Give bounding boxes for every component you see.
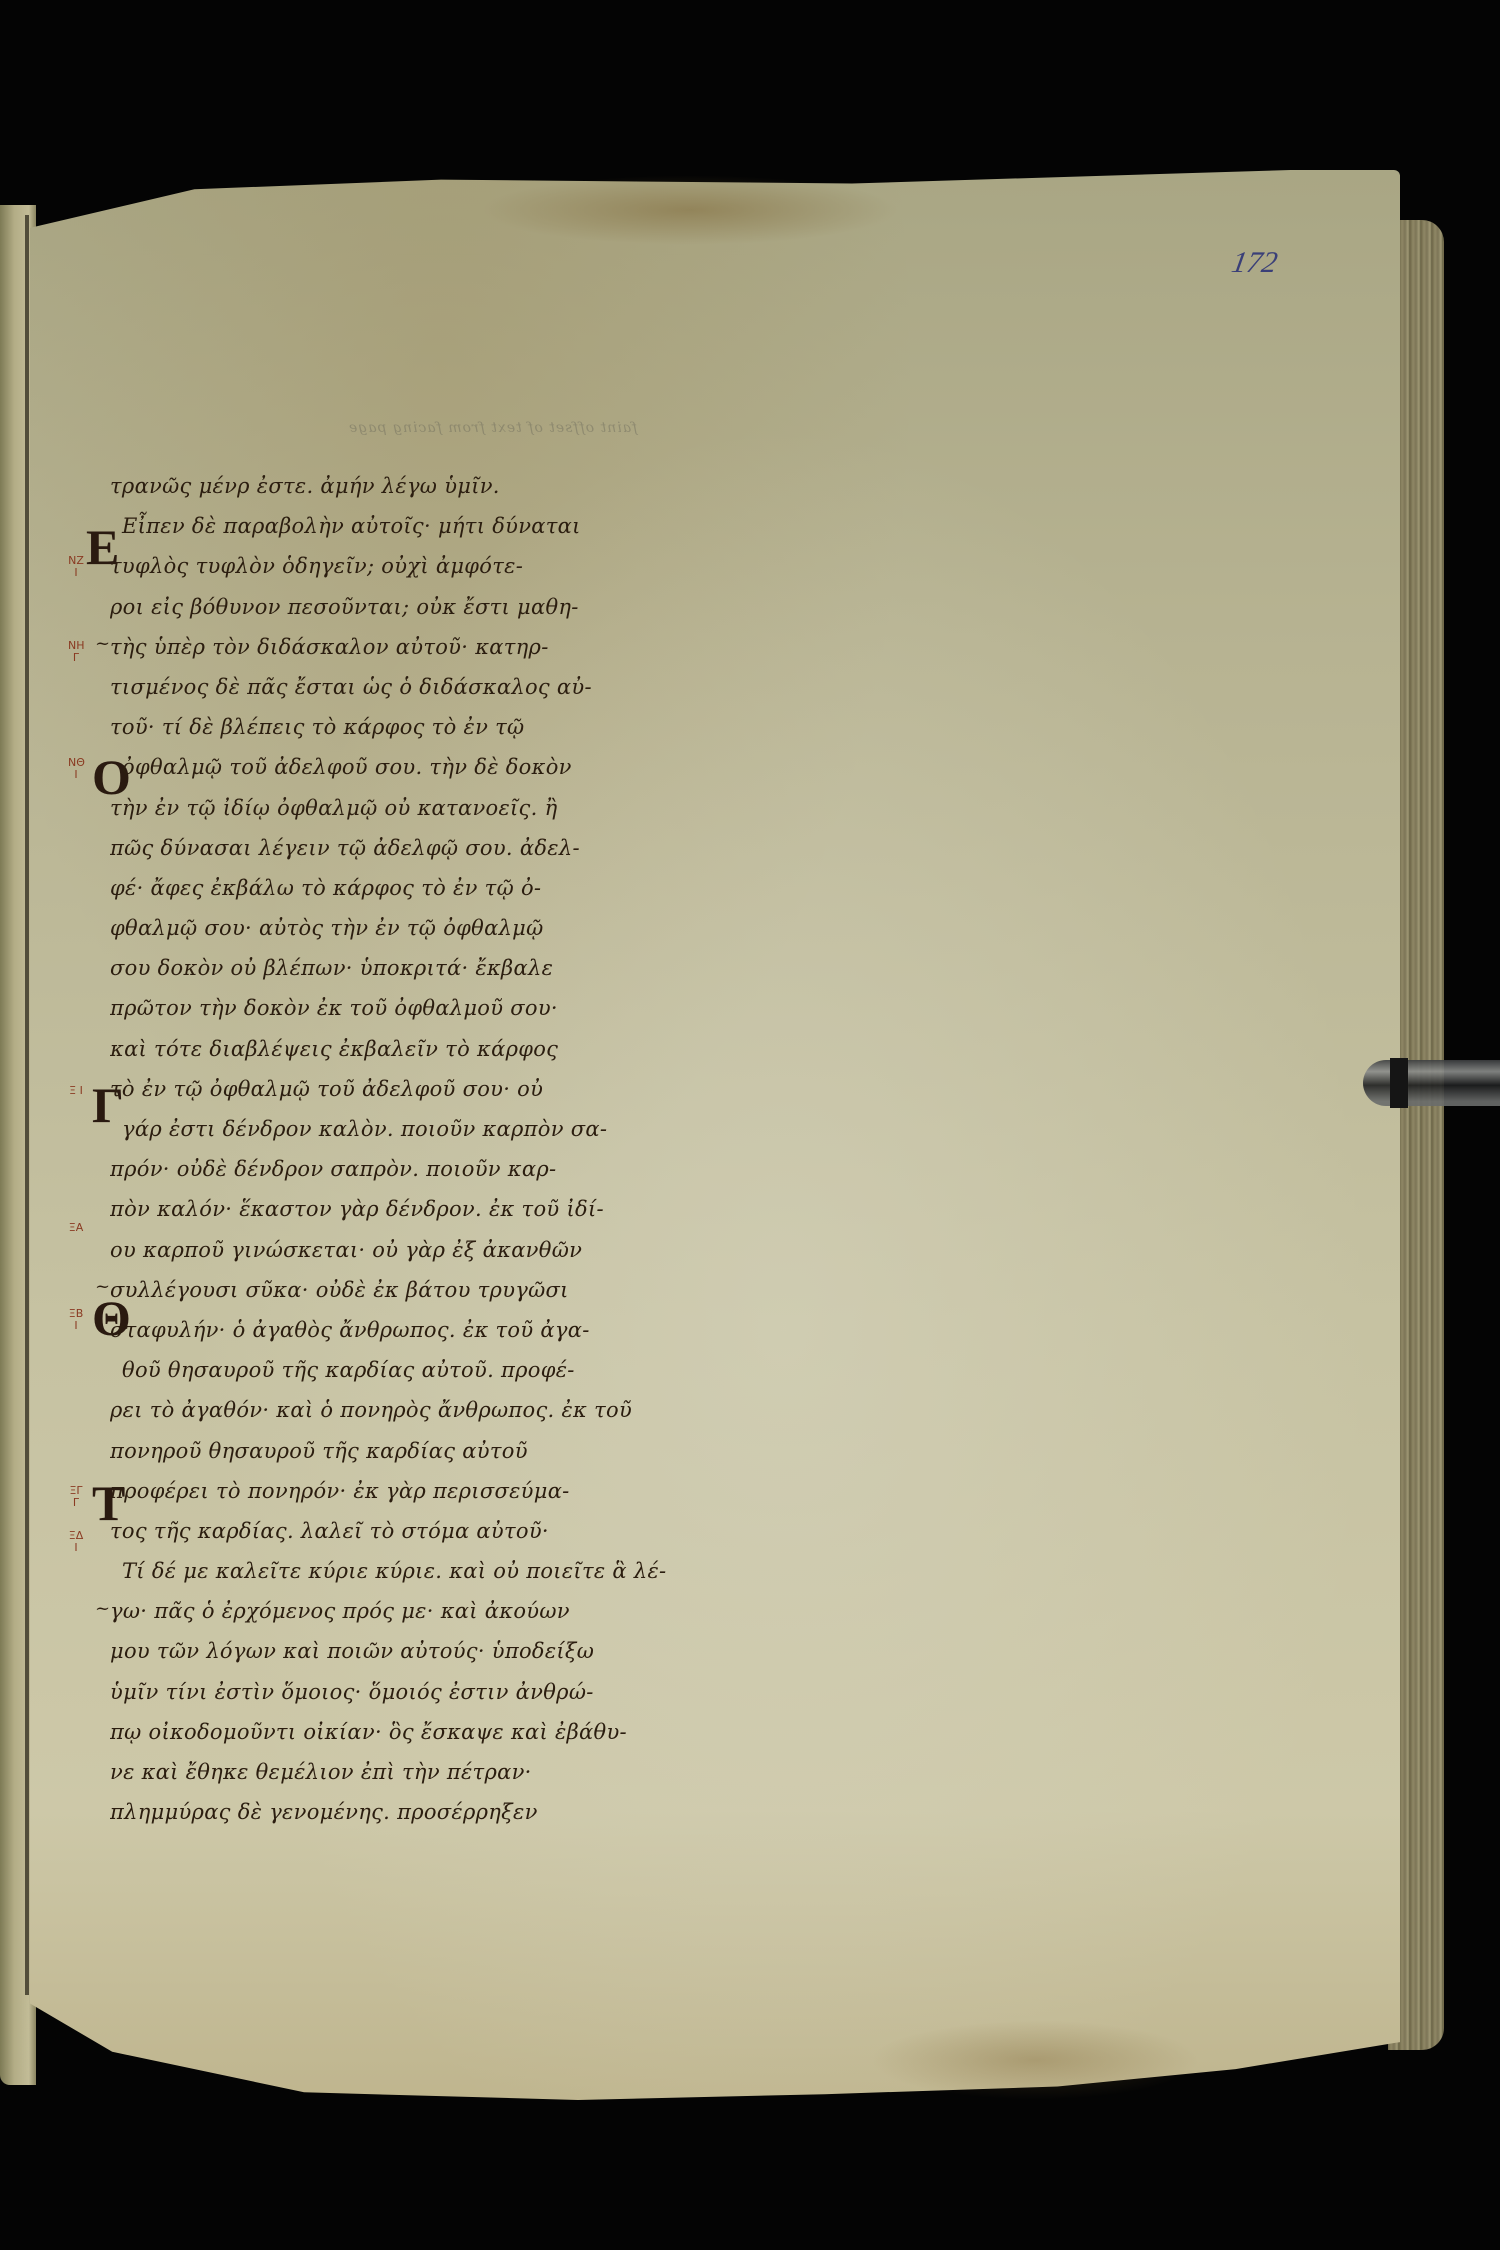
text-line: πῶς δύνασαι λέγειν τῷ ἀδελφῷ σου. ἀδελ-: [110, 828, 700, 868]
text-line: τὸ ἐν τῷ ὀφθαλμῷ τοῦ ἀδελφοῦ σου· οὐ: [110, 1069, 700, 1109]
text-line: σταφυλήν· ὁ ἀγαθὸς ἄνθρωπος. ἐκ τοῦ ἀγα-: [110, 1310, 700, 1350]
page-clip: [1363, 1060, 1500, 1106]
ammonian-section-number: ΞΔ Ι: [68, 1530, 84, 1554]
water-stain-bottom: [870, 2020, 1200, 2100]
text-line: ου καρποῦ γινώσκεται· οὐ γὰρ ἐξ ἀκανθῶν: [110, 1230, 700, 1270]
text-line: τυφλὸς τυφλὸν ὁδηγεῖν; οὐχὶ ἀμφότε-: [110, 546, 700, 586]
ammonian-section-number: ΞΑ: [68, 1222, 84, 1234]
text-line: θοῦ θησαυροῦ τῆς καρδίας αὐτοῦ. προφέ-: [110, 1350, 700, 1390]
text-line: ὀφθαλμῷ τοῦ ἀδελφοῦ σου. τὴν δὲ δοκὸν: [110, 747, 700, 787]
text-line: τρανῶς μένρ ἐστε. ἀμήν λέγω ὑμῖν.: [110, 466, 700, 506]
text-line: γάρ ἐστι δένδρον καλὸν. ποιοῦν καρπὸν σα…: [110, 1109, 700, 1149]
ammonian-section-number: ΝΖ Ι: [68, 555, 84, 579]
text-line: νε καὶ ἔθηκε θεμέλιον ἐπὶ τὴν πέτραν·: [110, 1752, 700, 1792]
ammonian-section-number: ΞΓ Γ: [68, 1485, 84, 1509]
lection-mark: ~: [95, 1276, 110, 1297]
text-line: ροι εἰς βόθυνον πεσοῦνται; οὐκ ἔστι μαθη…: [110, 587, 700, 627]
text-line: προφέρει τὸ πονηρόν· ἐκ γὰρ περισσεύμα-: [110, 1471, 700, 1511]
text-line: πὸν καλόν· ἕκαστον γὰρ δένδρον. ἐκ τοῦ ἰ…: [110, 1189, 700, 1229]
text-line: τοῦ· τί δὲ βλέπεις τὸ κάρφος τὸ ἐν τῷ: [110, 707, 700, 747]
binding-gutter: [25, 215, 29, 1995]
text-line: μου τῶν λόγων καὶ ποιῶν αὐτούς· ὑποδείξω: [110, 1631, 700, 1671]
text-line: σου δοκὸν οὐ βλέπων· ὑποκριτά· ἔκβαλε: [110, 948, 700, 988]
text-line: πρόν· οὐδὲ δένδρον σαπρὸν. ποιοῦν καρ-: [110, 1149, 700, 1189]
ammonian-section-number: ΞΒ Ι: [68, 1308, 84, 1332]
text-column: τρανῶς μένρ ἐστε. ἀμήν λέγω ὑμῖν.Εἶπεν δ…: [110, 466, 700, 1832]
text-line: ὑμῖν τίνι ἐστὶν ὅμοιος· ὅμοιός ἐστιν ἀνθ…: [110, 1672, 700, 1712]
text-line: καὶ τότε διαβλέψεις ἐκβαλεῖν τὸ κάρφος: [110, 1029, 700, 1069]
text-line: πρῶτον τὴν δοκὸν ἐκ τοῦ ὀφθαλμοῦ σου·: [110, 988, 700, 1028]
page-clip-band: [1390, 1058, 1408, 1108]
folio-number: 172: [1229, 246, 1280, 280]
text-line: Τί δέ με καλεῖτε κύριε κύριε. καὶ οὐ ποι…: [110, 1551, 700, 1591]
text-line: τὴν ἐν τῷ ἰδίῳ ὀφθαλμῷ οὐ κατανοεῖς. ἢ: [110, 788, 700, 828]
text-line: τὴς ὑπὲρ τὸν διδάσκαλον αὐτοῦ· κατηρ-: [110, 627, 700, 667]
text-line: ρει τὸ ἀγαθόν· καὶ ὁ πονηρὸς ἄνθρωπος. ἐ…: [110, 1390, 700, 1430]
ammonian-section-number: Ξ Ι: [68, 1085, 84, 1097]
text-line: πονηροῦ θησαυροῦ τῆς καρδίας αὐτοῦ: [110, 1431, 700, 1471]
text-line: τος τῆς καρδίας. λαλεῖ τὸ στόμα αὐτοῦ·: [110, 1511, 700, 1551]
text-line: γω· πᾶς ὁ ἐρχόμενος πρός με· καὶ ἀκούων: [110, 1591, 700, 1631]
lection-mark: ~: [95, 1598, 110, 1619]
lection-mark: ~: [95, 633, 110, 654]
text-line: πῳ οἰκοδομοῦντι οἰκίαν· ὃς ἔσκαψε καὶ ἐβ…: [110, 1712, 700, 1752]
text-line: Εἶπεν δὲ παραβολὴν αὐτοῖς· μήτι δύναται: [110, 506, 700, 546]
offset-text: faint offset of text from facing page: [348, 420, 637, 436]
text-line: πλημμύρας δὲ γενομένης. προσέρρηξεν: [110, 1792, 700, 1832]
ammonian-section-number: ΝΘ Ι: [68, 757, 84, 781]
text-line: φέ· ἄφες ἐκβάλω τὸ κάρφος τὸ ἐν τῷ ὀ-: [110, 868, 700, 908]
water-stain-top: [480, 175, 900, 245]
ammonian-section-number: ΝΗ Γ: [68, 640, 84, 664]
text-line: συλλέγουσι σῦκα· οὐδὲ ἐκ βάτου τρυγῶσι: [110, 1270, 700, 1310]
text-line: τισμένος δὲ πᾶς ἔσται ὡς ὁ διδάσκαλος αὐ…: [110, 667, 700, 707]
text-line: φθαλμῷ σου· αὐτὸς τὴν ἐν τῷ ὀφθαλμῷ: [110, 908, 700, 948]
